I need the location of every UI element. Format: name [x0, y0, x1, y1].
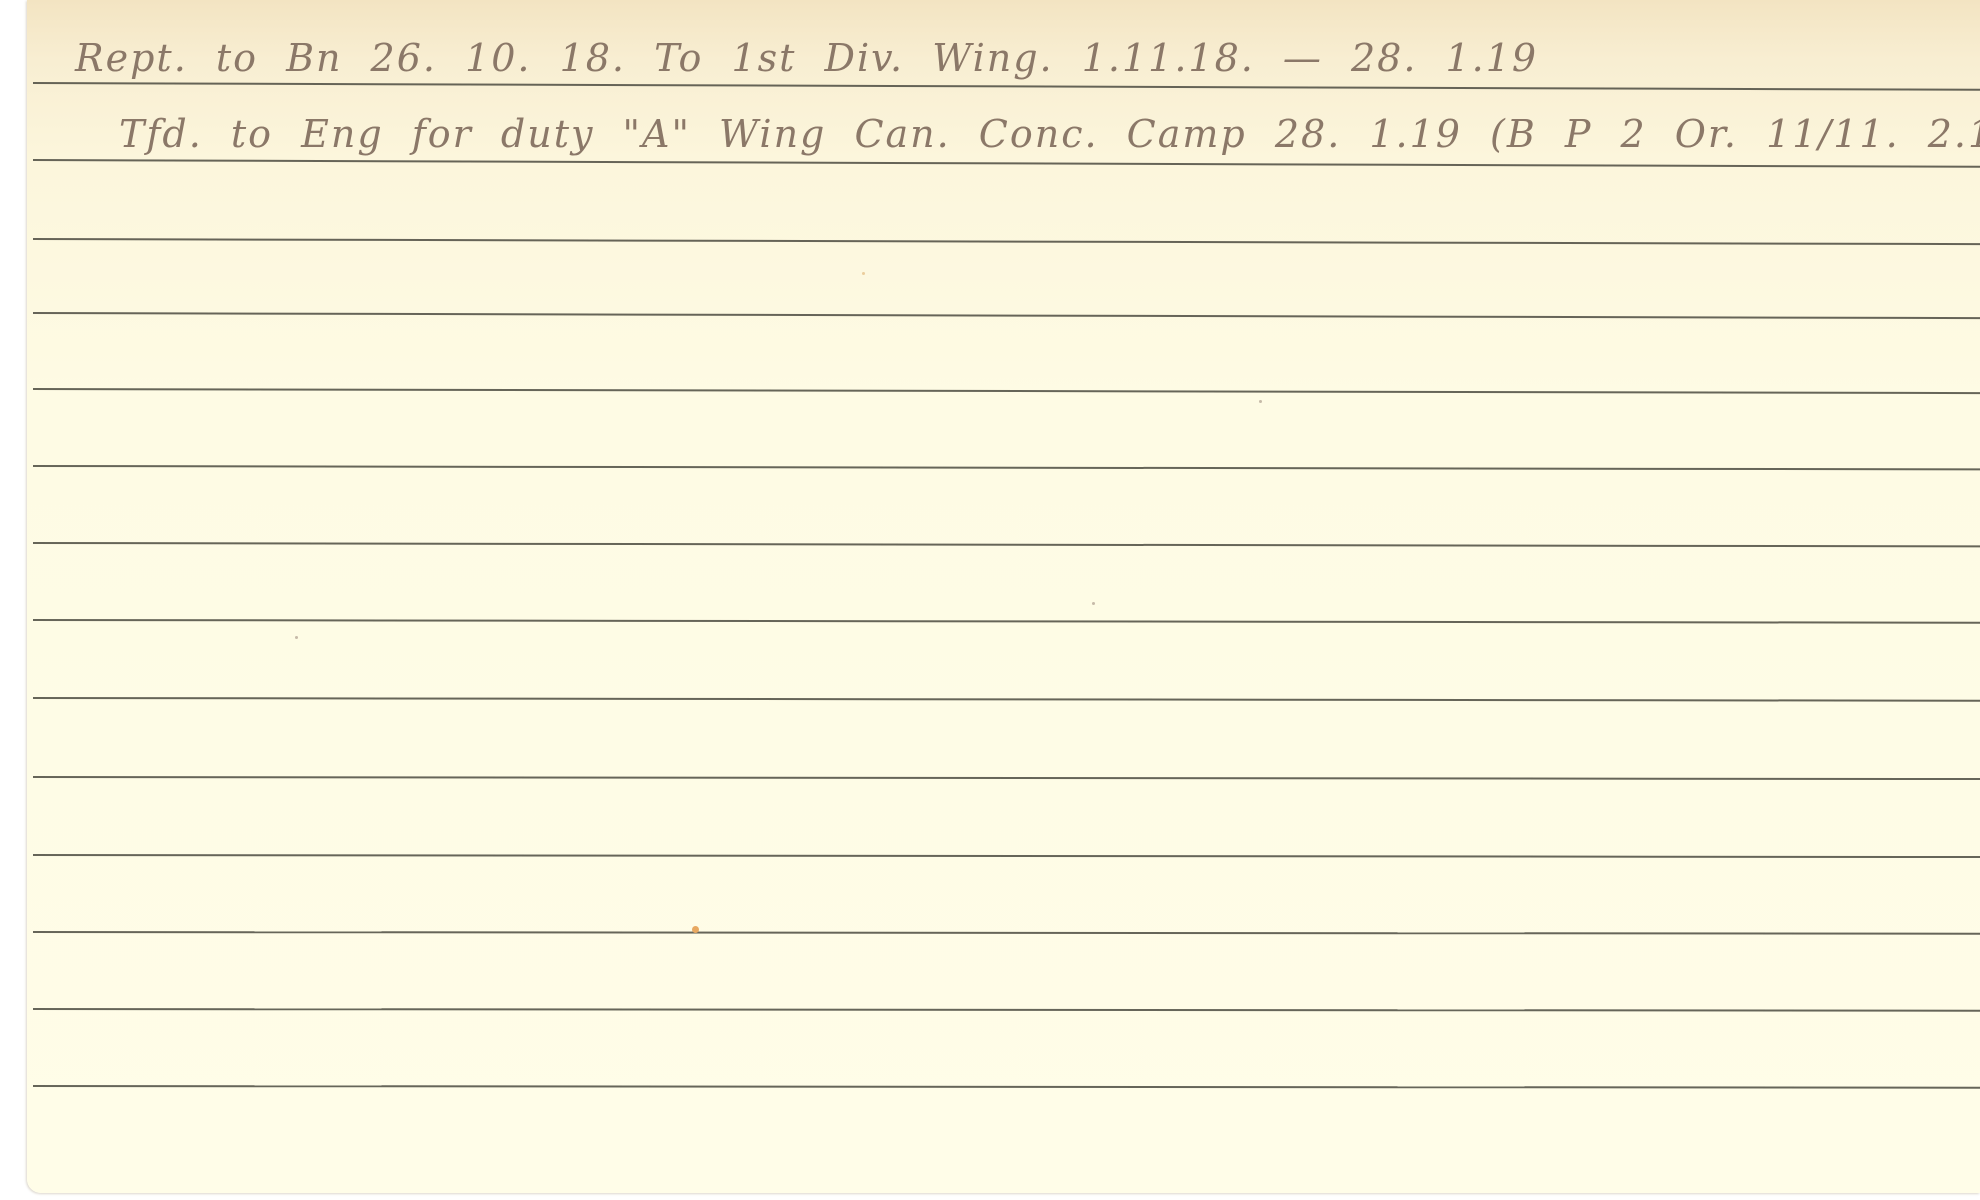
paper-stain	[692, 926, 699, 933]
ruled-line	[33, 312, 1980, 319]
ruled-line	[33, 931, 1980, 935]
ruled-line	[33, 619, 1980, 624]
ruled-line	[33, 238, 1980, 245]
paper-speck	[1259, 400, 1262, 403]
handwritten-entry-2: Tfd. to Eng for duty "A" Wing Can. Conc.…	[119, 112, 1980, 156]
handwritten-entry-1: Rept. to Bn 26. 10. 18. To 1st Div. Wing…	[75, 36, 1538, 80]
ruled-line	[33, 159, 1980, 168]
ruled-line	[33, 465, 1980, 470]
paper-speck	[862, 272, 865, 275]
ruled-line	[33, 82, 1980, 91]
ruled-line	[33, 854, 1980, 858]
paper-speck	[1092, 602, 1095, 605]
paper-speck	[295, 636, 298, 639]
ruled-line	[33, 388, 1980, 394]
ruled-line	[33, 1085, 1980, 1089]
ruled-line	[33, 542, 1980, 547]
record-card: Rept. to Bn 26. 10. 18. To 1st Div. Wing…	[27, 0, 1980, 1193]
ruled-line	[33, 776, 1980, 780]
ruled-line	[33, 1008, 1980, 1012]
ruled-line	[33, 697, 1980, 702]
